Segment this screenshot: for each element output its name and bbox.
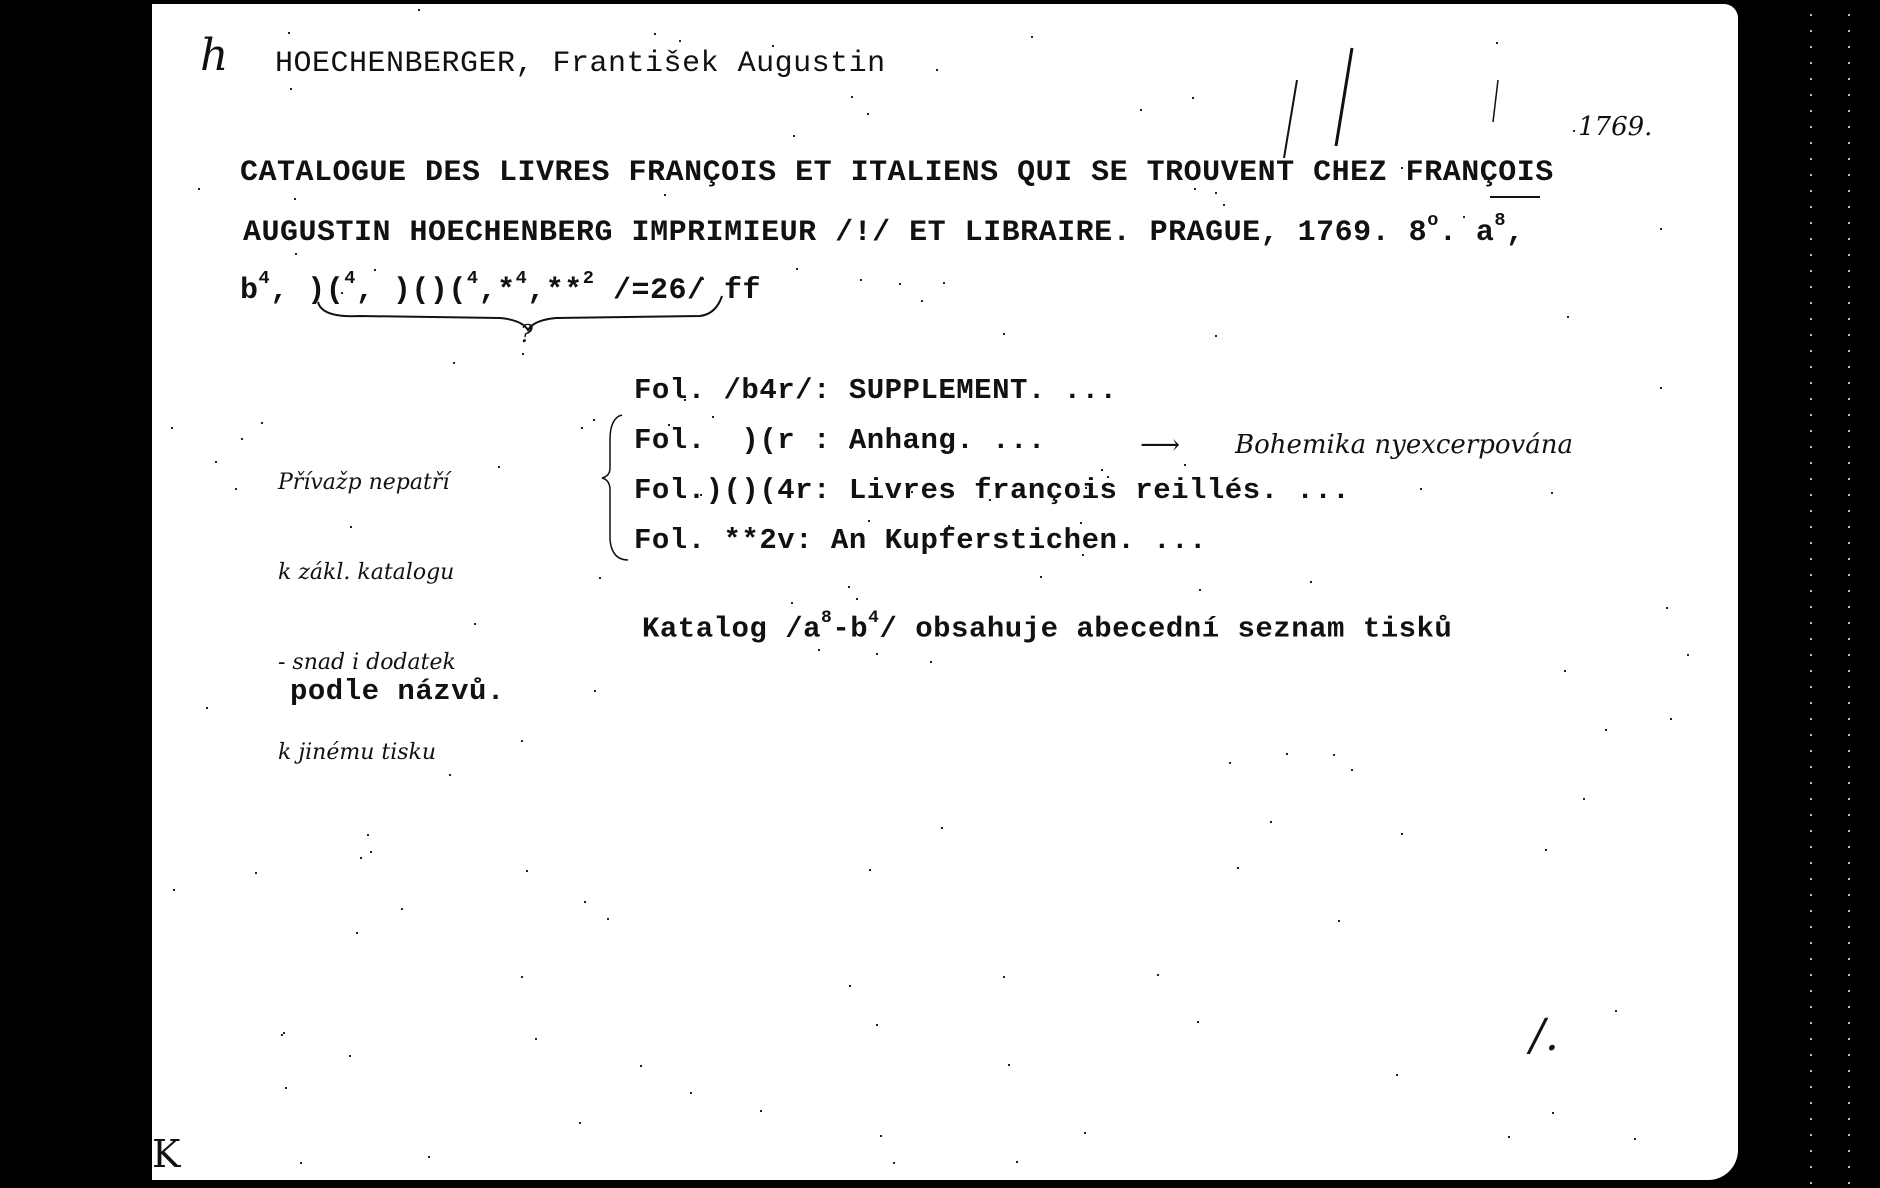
scan-speck: [1215, 192, 1217, 194]
katalog-mid: -b: [832, 613, 868, 646]
scan-speck: [876, 1024, 878, 1026]
left-note-line: k jinému tisku: [278, 738, 456, 768]
scan-speck: [1615, 1010, 1617, 1012]
scan-speck: [899, 283, 901, 285]
scan-speck: [1082, 554, 1084, 556]
scan-speck: [1286, 753, 1288, 755]
folio-text: Livres françois reillés. ...: [831, 474, 1350, 507]
scan-speck: [1484, 178, 1486, 180]
right-margin-note: Bohemika nyexcerpována: [1235, 430, 1573, 460]
scan-speck: [772, 45, 774, 47]
scan-speck: [893, 1162, 895, 1164]
scan-speck: [791, 602, 793, 604]
scan-speck: [295, 253, 297, 255]
scan-speck: [498, 466, 500, 468]
scan-speck: [418, 9, 420, 11]
scan-speck: [664, 194, 666, 196]
scan-speck: [1401, 833, 1403, 835]
scan-speck: [1157, 974, 1159, 976]
left-note-line: - snad i dodatek: [278, 648, 456, 678]
left-note-line: k zákl. katalogu: [278, 558, 456, 588]
scan-speck: [360, 857, 362, 859]
scan-speck: [526, 870, 528, 872]
scan-speck: [241, 438, 243, 440]
scan-speck: [1666, 607, 1668, 609]
scan-speck: [288, 32, 290, 34]
scan-speck: [867, 113, 869, 115]
scan-speck: [425, 52, 427, 54]
scan-speck: [868, 520, 870, 522]
scan-speck: [796, 268, 798, 270]
scan-speck: [948, 525, 950, 527]
scan-speck: [341, 292, 343, 294]
scan-speck: [579, 1122, 581, 1124]
scan-speck: [1215, 335, 1217, 337]
scan-speck: [668, 424, 670, 426]
folio-entry: Fol. /b4r/: SUPPLEMENT. ...: [634, 374, 1117, 407]
folio-ref: Fol.)()(4r:: [634, 474, 831, 507]
scan-speck: [679, 40, 681, 42]
scan-speck: [349, 1055, 351, 1057]
scan-speck: [876, 653, 878, 655]
folio-ref: Fol. **2v:: [634, 524, 813, 557]
scan-speck: [581, 427, 583, 429]
scan-speck: [1016, 1161, 1018, 1163]
scan-speck: [921, 300, 923, 302]
scan-speck: [848, 586, 850, 588]
scan-speck: [367, 834, 369, 836]
scan-speck: [1310, 581, 1312, 583]
scan-speck: [1420, 488, 1422, 490]
scan-speck: [1583, 798, 1585, 800]
scan-speck: [374, 269, 376, 271]
scan-speck: [1270, 821, 1272, 823]
scan-speck: [522, 353, 524, 355]
scan-speck: [235, 488, 237, 490]
scan-speck: [1040, 576, 1042, 578]
scan-speck: [521, 740, 523, 742]
scan-speck: [943, 282, 945, 284]
scan-speck: [690, 1092, 692, 1094]
scan-speck: [1197, 1021, 1199, 1023]
scan-speck: [702, 278, 704, 280]
katalog-sup: 4: [868, 608, 879, 628]
scan-speck: [1223, 204, 1225, 206]
scan-speck: [1003, 976, 1005, 978]
scan-speck: [428, 1156, 430, 1158]
scan-speck: [849, 985, 851, 987]
scan-speck: [171, 427, 173, 429]
scan-speck: [1605, 729, 1607, 731]
scan-speck: [760, 1110, 762, 1112]
scan-speck: [350, 526, 352, 528]
scan-speck: [1107, 476, 1109, 478]
arrow-icon: ⟶: [1140, 428, 1180, 461]
folio-entry: Fol. **2v: An Kupferstichen. ...: [634, 524, 1207, 557]
scan-speck: [1080, 522, 1082, 524]
scan-speck: [281, 1034, 283, 1036]
scan-speck: [599, 577, 601, 579]
scan-speck: [437, 66, 439, 68]
scan-speck: [818, 649, 820, 651]
folio-ref: Fol. )(r :: [634, 424, 831, 457]
scan-speck: [860, 279, 862, 281]
question-mark: ?: [520, 320, 533, 348]
scan-speck: [521, 976, 523, 978]
scan-speck: [206, 707, 208, 709]
bottom-left-mark: K: [152, 1132, 180, 1176]
scan-speck: [793, 135, 795, 137]
scan-speck: [593, 419, 595, 421]
scan-speck: [1660, 387, 1662, 389]
scan-speck: [1670, 718, 1672, 720]
scan-speck: [1019, 393, 1021, 395]
katalog-post: / obsahuje abecední seznam tisků: [879, 613, 1452, 646]
scan-speck: [401, 908, 403, 910]
scan-speck: [1545, 849, 1547, 851]
scan-speck: [1333, 754, 1335, 756]
scan-speck: [261, 422, 263, 424]
scan-speck: [1401, 167, 1403, 169]
scan-speck: [1567, 316, 1569, 318]
scan-speck: [1192, 97, 1194, 99]
folio-entry: Fol. )(r : Anhang. ...: [634, 424, 1046, 457]
scan-speck: [911, 491, 913, 493]
scan-speck: [575, 284, 577, 286]
scan-speck: [1085, 487, 1087, 489]
scan-speck: [1031, 36, 1033, 38]
scan-speck: [535, 1038, 537, 1040]
scan-speck: [584, 901, 586, 903]
scan-speck: [1660, 228, 1662, 230]
scan-speck: [1552, 1112, 1554, 1114]
scan-speck: [1351, 769, 1353, 771]
scan-speck: [356, 932, 358, 934]
scan-speck: [285, 1087, 287, 1089]
scan-speck: [930, 661, 932, 663]
scan-speck: [700, 494, 702, 496]
scan-speck: [989, 499, 991, 501]
scan-speck: [869, 869, 871, 871]
bottom-right-mark: /.: [1530, 1010, 1559, 1061]
katalog-pre: Katalog /a: [642, 613, 821, 646]
scan-speck: [1496, 42, 1498, 44]
scan-speck: [941, 827, 943, 829]
scan-speck: [1003, 333, 1005, 335]
scan-speck: [283, 1032, 285, 1034]
folio-text: An Kupferstichen. ...: [813, 524, 1207, 557]
folio-ref: Fol. /b4r/:: [634, 374, 831, 407]
scan-speck: [1101, 469, 1103, 471]
scan-speck: [1229, 762, 1231, 764]
folio-text: Anhang. ...: [831, 424, 1046, 457]
left-margin-note: Přívažp nepatří k zákl. katalogu - snad …: [278, 408, 456, 798]
scan-speck: [290, 88, 292, 90]
scan-speck: [173, 889, 175, 891]
left-note-line: Přívažp nepatří: [278, 468, 456, 498]
scan-speck: [856, 598, 858, 600]
scan-speck: [1237, 867, 1239, 869]
scan-speck: [851, 96, 853, 98]
katalog-note: Katalog /a8-b4/ obsahuje abecední seznam…: [642, 612, 1452, 646]
folio-text: SUPPLEMENT. ...: [831, 374, 1117, 407]
scan-speck: [1008, 1064, 1010, 1066]
scan-speck: [1338, 920, 1340, 922]
scan-speck: [1327, 162, 1329, 164]
scan-speck: [370, 851, 372, 853]
scan-speck: [936, 69, 938, 71]
scan-speck: [1551, 492, 1553, 494]
scan-speck: [654, 33, 656, 35]
scan-speck: [1634, 1138, 1636, 1140]
katalog-note-continued: podle názvů.: [290, 675, 505, 708]
scan-speck: [1463, 216, 1465, 218]
scan-speck: [850, 447, 852, 449]
scan-speck: [198, 188, 200, 190]
scan-speck: [449, 774, 451, 776]
scan-speck: [474, 623, 476, 625]
scan-speck: [1194, 188, 1196, 190]
scan-speck: [453, 362, 455, 364]
scan-speck: [712, 416, 714, 418]
scan-speck: [640, 1065, 642, 1067]
scan-speck: [1140, 109, 1142, 111]
scan-speck: [255, 872, 257, 874]
katalog-sup: 8: [821, 608, 832, 628]
folio-entry: Fol.)()(4r: Livres françois reillés. ...: [634, 474, 1350, 507]
scan-speck: [215, 461, 217, 463]
scan-speck: [1199, 589, 1201, 591]
scan-speck: [1687, 654, 1689, 656]
scan-speck: [1508, 1136, 1510, 1138]
scan-speck: [594, 690, 596, 692]
scan-speck: [300, 1162, 302, 1164]
scan-speck: [1184, 464, 1186, 466]
scan-speck: [880, 1135, 882, 1137]
scan-speck: [1396, 1074, 1398, 1076]
scan-speck: [607, 918, 609, 920]
scan-speck: [294, 198, 296, 200]
scan-speck: [1573, 130, 1575, 132]
scan-speck: [684, 399, 686, 401]
scan-speck: [1084, 1132, 1086, 1134]
scan-speck: [1564, 670, 1566, 672]
